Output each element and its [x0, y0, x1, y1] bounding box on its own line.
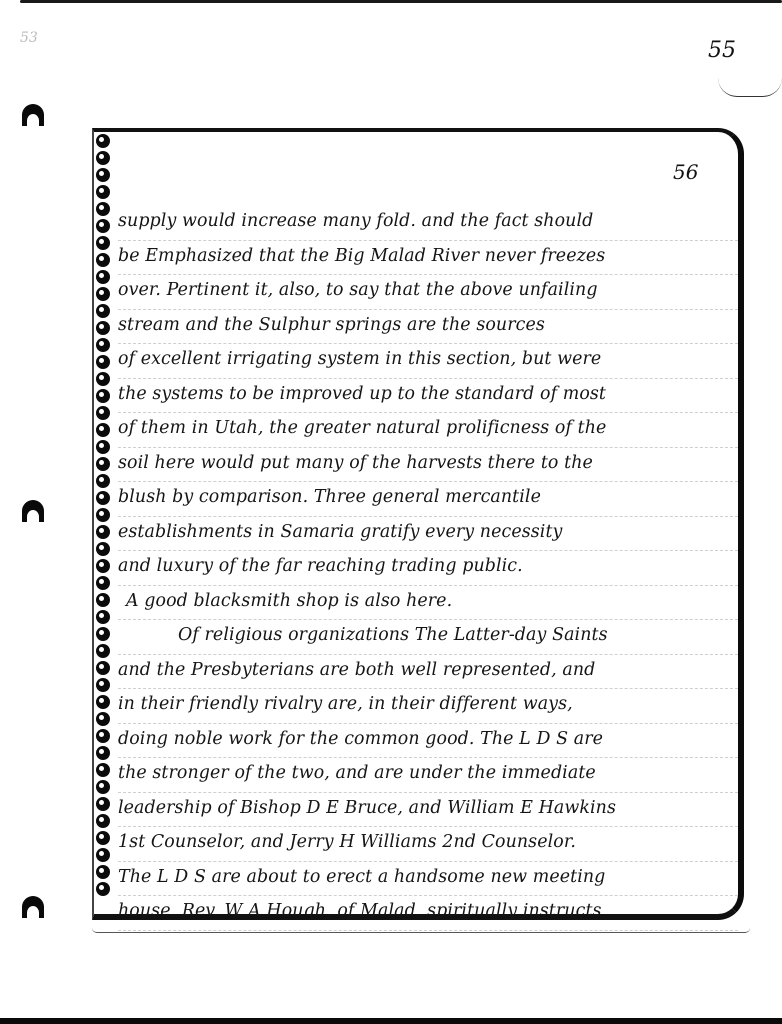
spiral-coil-icon — [96, 508, 110, 522]
spiral-coil-icon — [96, 457, 110, 471]
faint-corner-mark: 53 — [20, 30, 38, 46]
spiral-coil-icon — [96, 627, 110, 641]
text-line: the stronger of the two, and are under t… — [118, 758, 738, 793]
text-line: over. Pertinent it, also, to say that th… — [118, 275, 738, 310]
spiral-coil-icon — [96, 542, 110, 556]
spiral-coil-icon — [96, 848, 110, 862]
text-line: supply would increase many fold. and the… — [118, 206, 738, 241]
spiral-coil-icon — [96, 729, 110, 743]
spiral-coil-icon — [96, 865, 110, 879]
text-line: establishments in Samaria gratify every … — [118, 517, 738, 552]
spiral-coil-icon — [96, 423, 110, 437]
spiral-coil-icon — [96, 644, 110, 658]
scan-top-edge — [20, 0, 782, 3]
spiral-coil-icon — [96, 440, 110, 454]
spiral-coil-icon — [96, 151, 110, 165]
inner-page-number: 56 — [673, 160, 698, 184]
page-number-underline — [718, 78, 782, 97]
spiral-coil-icon — [96, 168, 110, 182]
punch-hole-icon — [22, 500, 44, 522]
outer-page-number: 55 — [708, 38, 736, 63]
text-line: of them in Utah, the greater natural pro… — [118, 413, 738, 448]
spiral-coil-icon — [96, 304, 110, 318]
punch-hole-icon — [22, 104, 44, 126]
spiral-binding — [96, 134, 118, 914]
spiral-coil-icon — [96, 661, 110, 675]
handwritten-text: supply would increase many fold. and the… — [118, 206, 738, 931]
spiral-coil-icon — [96, 389, 110, 403]
text-line: and luxury of the far reaching trading p… — [118, 551, 738, 586]
spiral-coil-icon — [96, 287, 110, 301]
spiral-coil-icon — [96, 491, 110, 505]
text-line: stream and the Sulphur springs are the s… — [118, 310, 738, 345]
spiral-coil-icon — [96, 474, 110, 488]
spiral-coil-icon — [96, 610, 110, 624]
text-line: The L D S are about to erect a handsome … — [118, 862, 738, 897]
text-line: soil here would put many of the harvests… — [118, 448, 738, 483]
spiral-coil-icon — [96, 831, 110, 845]
text-line: be Emphasized that the Big Malad River n… — [118, 241, 738, 276]
text-line: 1st Counselor, and Jerry H Williams 2nd … — [118, 827, 738, 862]
text-line: the systems to be improved up to the sta… — [118, 379, 738, 414]
punch-hole-icon — [22, 896, 44, 918]
spiral-coil-icon — [96, 372, 110, 386]
spiral-coil-icon — [96, 797, 110, 811]
spiral-coil-icon — [96, 253, 110, 267]
spiral-coil-icon — [96, 406, 110, 420]
spiral-coil-icon — [96, 338, 110, 352]
text-line: and the Presbyterians are both well repr… — [118, 655, 738, 690]
spiral-coil-icon — [96, 882, 110, 896]
spiral-coil-icon — [96, 321, 110, 335]
paragraph-start-line: Of religious organizations The Latter-da… — [118, 620, 738, 655]
spiral-coil-icon — [96, 236, 110, 250]
spiral-coil-icon — [96, 746, 110, 760]
spiral-coil-icon — [96, 814, 110, 828]
text-line: blush by comparison. Three general merca… — [118, 482, 738, 517]
text-line: doing noble work for the common good. Th… — [118, 724, 738, 759]
spiral-coil-icon — [96, 219, 110, 233]
spiral-coil-icon — [96, 576, 110, 590]
spiral-coil-icon — [96, 202, 110, 216]
spiral-coil-icon — [96, 678, 110, 692]
spiral-coil-icon — [96, 559, 110, 573]
text-line: leadership of Bishop D E Bruce, and Will… — [118, 793, 738, 828]
text-line: of excellent irrigating system in this s… — [118, 344, 738, 379]
spiral-coil-icon — [96, 780, 110, 794]
spiral-coil-icon — [96, 134, 110, 148]
spiral-coil-icon — [96, 525, 110, 539]
text-line: house. Rev. W A Hough, of Malad, spiritu… — [118, 896, 738, 931]
spiral-coil-icon — [96, 270, 110, 284]
spiral-coil-icon — [96, 763, 110, 777]
spiral-coil-icon — [96, 712, 110, 726]
spiral-coil-icon — [96, 695, 110, 709]
scan-bottom-edge — [0, 1018, 782, 1024]
spiral-coil-icon — [96, 185, 110, 199]
spiral-coil-icon — [96, 355, 110, 369]
text-line: in their friendly rivalry are, in their … — [118, 689, 738, 724]
text-line: A good blacksmith shop is also here. — [118, 586, 738, 621]
spiral-coil-icon — [96, 593, 110, 607]
